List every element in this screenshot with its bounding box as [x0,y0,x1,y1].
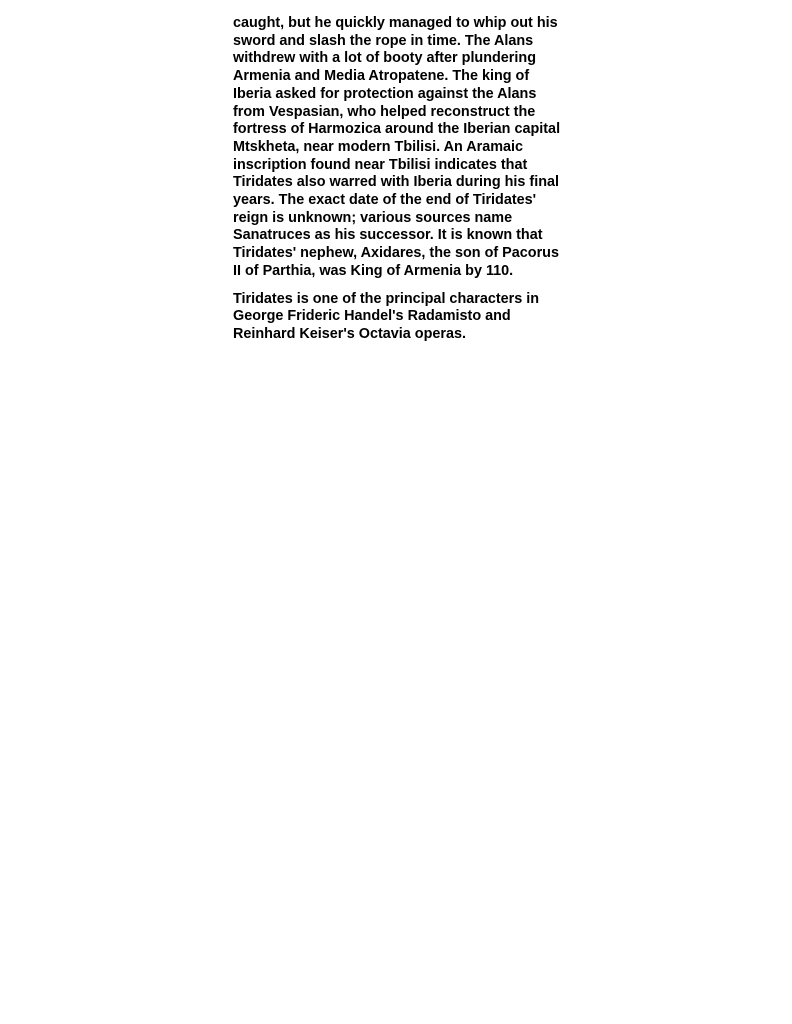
text-line: Tiridates' nephew, Axidares, the son of … [233,245,561,263]
text-line: withdrew with a lot of booty after plund… [233,50,561,68]
text-line: sword and slash the rope in time. The Al… [233,33,561,51]
text-line: Iberia asked for protection against the … [233,86,561,104]
text-line: Armenia and Media Atropatene. The king o… [233,68,561,86]
text-line: Tiridates also warred with Iberia during… [233,174,561,192]
text-line: Mtskheta, near modern Tbilisi. An Aramai… [233,139,561,157]
text-line: reign is unknown; various sources name [233,210,561,228]
document-page: caught, but he quickly managed to whip o… [0,0,792,1024]
text-line: Sanatruces as his successor. It is known… [233,227,561,245]
text-line: caught, but he quickly managed to whip o… [233,15,561,33]
paragraph-tiridates-reign-end: caught, but he quickly managed to whip o… [233,15,561,281]
text-line: years. The exact date of the end of Tiri… [233,192,561,210]
text-line: Tiridates is one of the principal charac… [233,291,561,309]
text-column: caught, but he quickly managed to whip o… [233,15,561,354]
text-line: fortress of Harmozica around the Iberian… [233,121,561,139]
text-line: George Frideric Handel's Radamisto and [233,308,561,326]
text-line: Reinhard Keiser's Octavia operas. [233,326,561,344]
text-line: II of Parthia, was King of Armenia by 11… [233,263,561,281]
paragraph-tiridates-in-opera: Tiridates is one of the principal charac… [233,291,561,344]
text-line: inscription found near Tbilisi indicates… [233,157,561,175]
text-line: from Vespasian, who helped reconstruct t… [233,104,561,122]
